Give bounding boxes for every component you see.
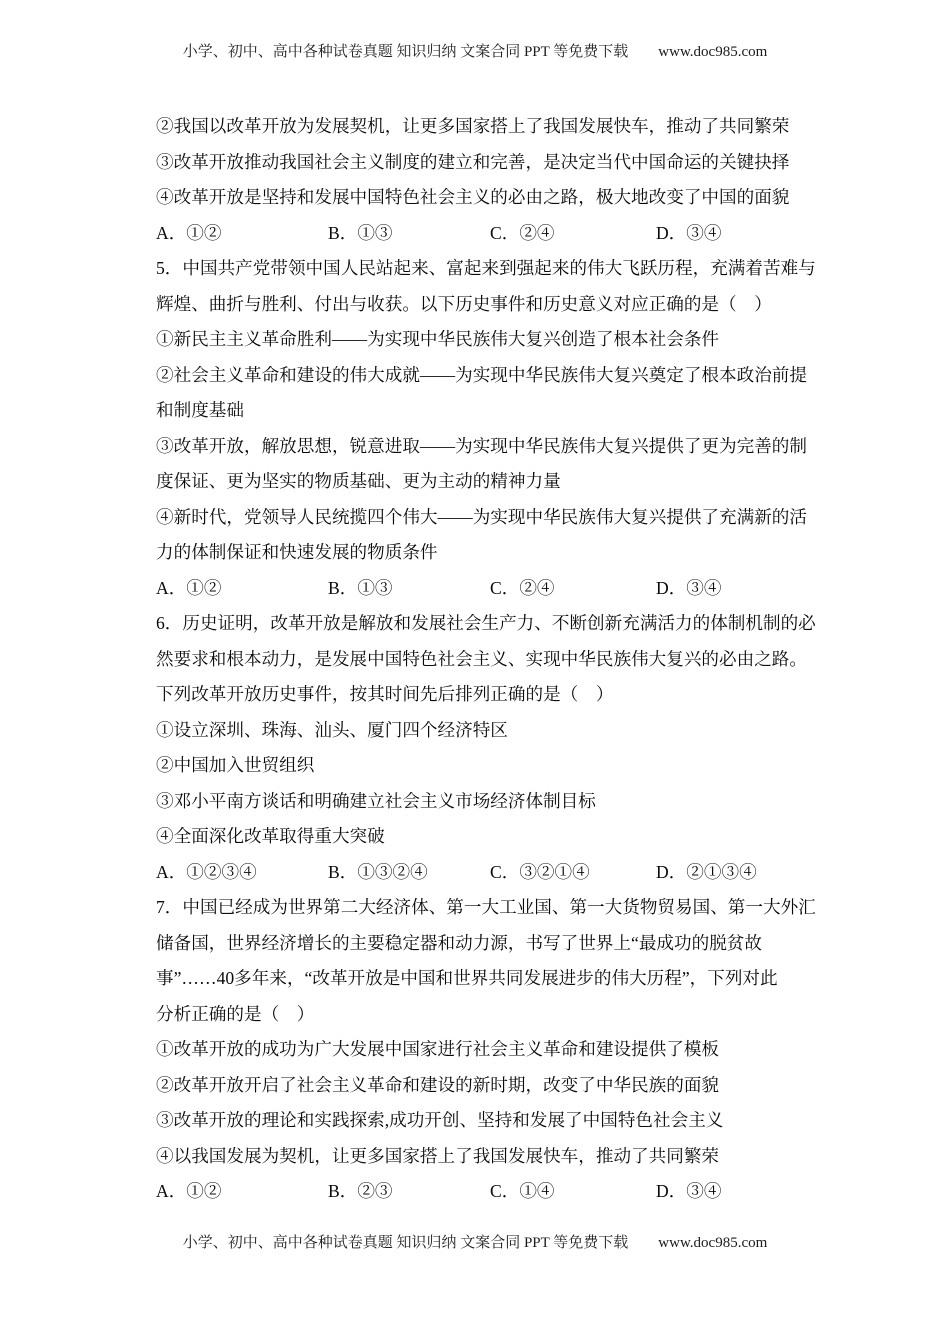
text-line: ②社会主义革命和建设的伟大成就——为实现中华民族伟大复兴奠定了根本政治前提 [156,358,806,394]
text-line: ①设立深圳、珠海、汕头、厦门四个经济特区 [156,713,806,749]
options-row: A．①②③④ B．①③②④ C．③②①④ D．②①③④ [156,855,806,891]
text-line: 5．中国共产党带领中国人民站起来、富起来到强起来的伟大飞跃历程，充满着苦难与 [156,251,806,287]
text-line: ④全面深化改革取得重大突破 [156,819,806,855]
option-a: A．①② [156,1174,328,1210]
text-line: ③邓小平南方谈话和明确建立社会主义市场经济体制目标 [156,784,806,820]
option-b: B．①③ [328,216,490,252]
text-line: 辉煌、曲折与胜利、付出与收获。以下历史事件和历史意义对应正确的是（ ） [156,287,806,323]
option-d: D．③④ [656,1174,806,1210]
text-line: ②中国加入世贸组织 [156,748,806,784]
option-c: C．②④ [490,216,656,252]
option-c: C．①④ [490,1174,656,1210]
text-line: ②我国以改革开放为发展契机，让更多国家搭上了我国发展快车，推动了共同繁荣 [156,109,806,145]
page-header: 小学、初中、高中各种试卷真题 知识归纳 文案合同 PPT 等免费下载 www.d… [0,40,950,61]
option-b: B．①③ [328,571,490,607]
option-b: B．①③②④ [328,855,490,891]
option-d: D．②①③④ [656,855,806,891]
option-d: D．③④ [656,216,806,252]
text-line: 6．历史证明，改革开放是解放和发展社会生产力、不断创新充满活力的体制机制的必 [156,606,806,642]
questions-content: ②我国以改革开放为发展契机，让更多国家搭上了我国发展快车，推动了共同繁荣 ③改革… [156,109,806,1210]
text-line: ②改革开放开启了社会主义革命和建设的新时期，改变了中华民族的面貌 [156,1068,806,1104]
option-b: B．②③ [328,1174,490,1210]
header-promo-text: 小学、初中、高中各种试卷真题 知识归纳 文案合同 PPT 等免费下载 [183,40,629,61]
option-a: A．①② [156,216,328,252]
option-c: C．②④ [490,571,656,607]
footer-site-url: www.doc985.com [658,1235,767,1252]
text-line: ④新时代，党领导人民统揽四个伟大——为实现中华民族伟大复兴提供了充满新的活 [156,500,806,536]
header-site-url: www.doc985.com [658,44,767,61]
option-a: A．①② [156,571,328,607]
option-d: D．③④ [656,571,806,607]
option-a: A．①②③④ [156,855,328,891]
text-line: 力的体制保证和快速发展的物质条件 [156,535,806,571]
footer-promo-text: 小学、初中、高中各种试卷真题 知识归纳 文案合同 PPT 等免费下载 [183,1231,629,1252]
text-line: ①改革开放的成功为广大发展中国家进行社会主义革命和建设提供了模板 [156,1032,806,1068]
text-line: ④改革开放是坚持和发展中国特色社会主义的必由之路，极大地改变了中国的面貌 [156,180,806,216]
question-block-7: 7．中国已经成为世界第二大经济体、第一大工业国、第一大货物贸易国、第一大外汇 储… [156,890,806,1210]
option-c: C．③②①④ [490,855,656,891]
question-block-5: 5．中国共产党带领中国人民站起来、富起来到强起来的伟大飞跃历程，充满着苦难与 辉… [156,251,806,606]
text-line: ③改革开放，解放思想，锐意进取——为实现中华民族伟大复兴提供了更为完善的制 [156,429,806,465]
text-line: ①新民主主义革命胜利——为实现中华民族伟大复兴创造了根本社会条件 [156,322,806,358]
page-footer: 小学、初中、高中各种试卷真题 知识归纳 文案合同 PPT 等免费下载 www.d… [0,1231,950,1252]
exam-paper-page: 小学、初中、高中各种试卷真题 知识归纳 文案合同 PPT 等免费下载 www.d… [0,0,950,1344]
question-block-6: 6．历史证明，改革开放是解放和发展社会生产力、不断创新充满活力的体制机制的必 然… [156,606,806,890]
question-block-4-partial: ②我国以改革开放为发展契机，让更多国家搭上了我国发展快车，推动了共同繁荣 ③改革… [156,109,806,251]
options-row: A．①② B．①③ C．②④ D．③④ [156,571,806,607]
options-row: A．①② B．①③ C．②④ D．③④ [156,216,806,252]
text-line: ③改革开放推动我国社会主义制度的建立和完善，是决定当代中国命运的关键抉择 [156,145,806,181]
text-line: 度保证、更为坚实的物质基础、更为主动的精神力量 [156,464,806,500]
text-line: 分析正确的是（ ） [156,997,806,1033]
text-line: 和制度基础 [156,393,806,429]
text-line: 储备国，世界经济增长的主要稳定器和动力源，书写了世界上“最成功的脱贫故 [156,926,806,962]
options-row: A．①② B．②③ C．①④ D．③④ [156,1174,806,1210]
text-line: 事”……40多年来，“改革开放是中国和世界共同发展进步的伟大历程”，下列对此 [156,961,806,997]
text-line: 7．中国已经成为世界第二大经济体、第一大工业国、第一大货物贸易国、第一大外汇 [156,890,806,926]
text-line: ③改革开放的理论和实践探索,成功开创、坚持和发展了中国特色社会主义 [156,1103,806,1139]
text-line: ④以我国发展为契机，让更多国家搭上了我国发展快车，推动了共同繁荣 [156,1139,806,1175]
text-line: 然要求和根本动力，是发展中国特色社会主义、实现中华民族伟大复兴的必由之路。 [156,642,806,678]
text-line: 下列改革开放历史事件，按其时间先后排列正确的是（ ） [156,677,806,713]
